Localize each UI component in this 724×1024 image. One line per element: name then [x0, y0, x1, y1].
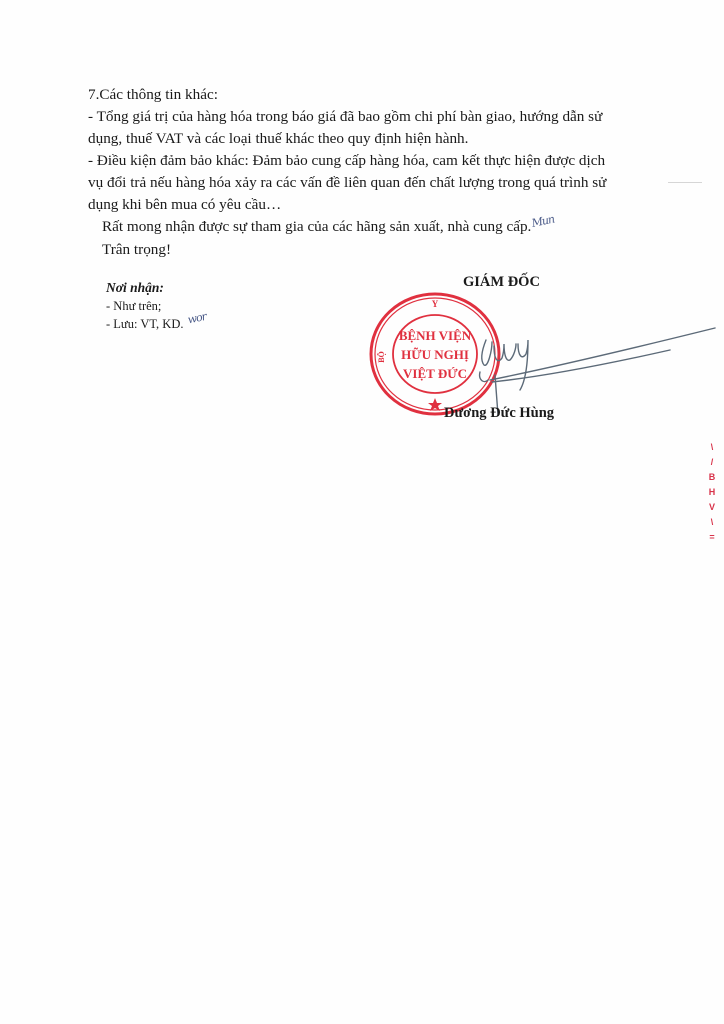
edge-mark: B — [704, 470, 720, 485]
handwritten-initials: wor — [186, 308, 208, 329]
handwritten-initials: Mun — [530, 209, 557, 235]
paragraph-line: dụng, thuế VAT và các loại thuế khác the… — [88, 128, 628, 150]
document-page: 7.Các thông tin khác: - Tổng giá trị của… — [0, 0, 724, 1024]
edge-mark: H — [704, 485, 720, 500]
paragraph-line: vụ đổi trả nếu hàng hóa xảy ra các vấn đ… — [88, 172, 628, 194]
signer-title: GIÁM ĐỐC — [463, 274, 540, 291]
regards: Trân trọng! — [88, 239, 628, 261]
svg-text:VIỆT ĐỨC: VIỆT ĐỨC — [403, 366, 467, 381]
edge-mark: = — [704, 530, 720, 545]
edge-mark: / — [704, 455, 720, 470]
svg-text:Y: Y — [432, 299, 439, 309]
recipient-item-text: - Lưu: VT, KD. — [106, 317, 183, 331]
edge-mark: \ — [704, 440, 720, 455]
closing-text: Rất mong nhận được sự tham gia của các h… — [102, 218, 531, 235]
document-body: 7.Các thông tin khác: - Tổng giá trị của… — [88, 84, 628, 261]
recipients-block: Nơi nhận: - Như trên; - Lưu: VT, KD. wor — [106, 279, 205, 334]
paragraph-line: - Điều kiện đảm bảo khác: Đảm bảo cung c… — [88, 150, 628, 172]
section-heading: 7.Các thông tin khác: — [88, 84, 628, 106]
svg-text:HỮU NGHỊ: HỮU NGHỊ — [401, 347, 469, 362]
svg-text:BỆNH VIỆN: BỆNH VIỆN — [399, 328, 472, 343]
recipient-item: - Lưu: VT, KD. wor — [106, 315, 205, 334]
paragraph-line: - Tổng giá trị của hàng hóa trong báo gi… — [88, 106, 628, 128]
signer-name: Dương Đức Hùng — [444, 405, 554, 422]
recipients-title: Nơi nhận: — [106, 279, 205, 297]
closing-line: Rất mong nhận được sự tham gia của các h… — [88, 216, 628, 239]
edge-mark: V — [704, 500, 720, 515]
edge-mark: \ — [704, 515, 720, 530]
svg-text:BỘ: BỘ — [377, 351, 386, 363]
scan-artifact-line — [668, 182, 702, 183]
edge-stamp-marks: \ / B H V \ = — [704, 440, 720, 560]
